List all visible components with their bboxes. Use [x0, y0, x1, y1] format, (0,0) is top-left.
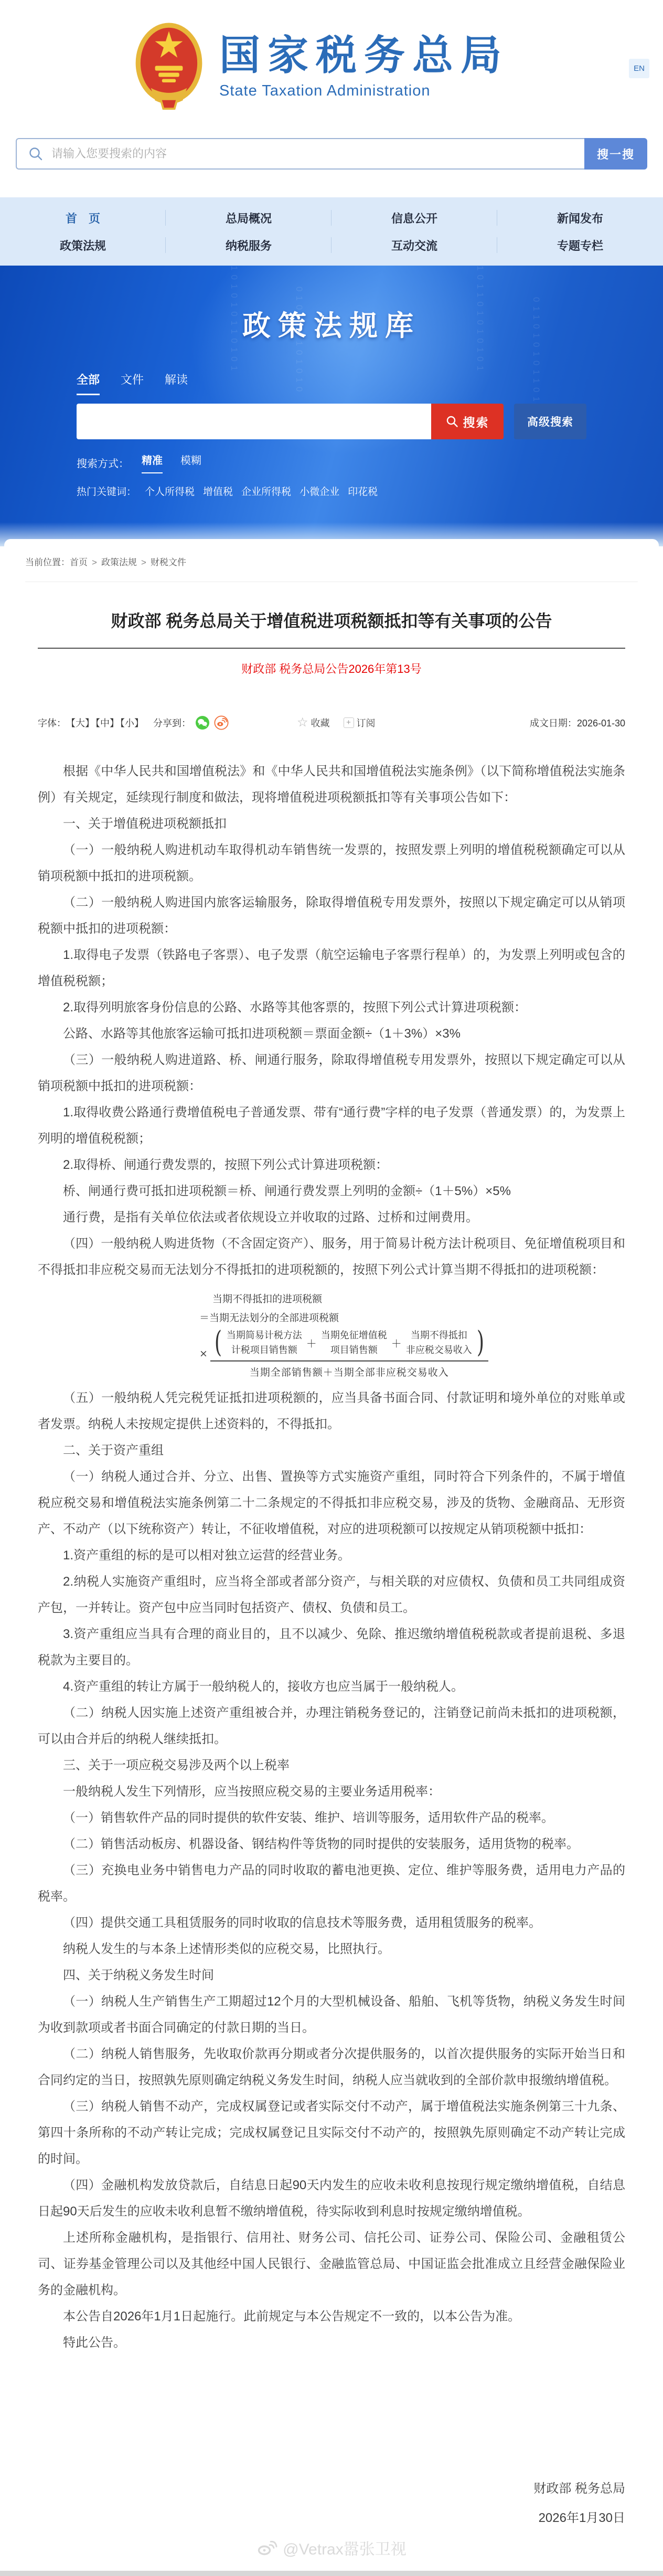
page-footer-strip [0, 2571, 663, 2576]
title-divider [38, 648, 625, 649]
left-paren: ( [215, 1329, 222, 1356]
article-paragraph: （四）提供交通工具租赁服务的同时收取的信息技术等服务费，适用租赁服务的税率。 [38, 1910, 625, 1936]
article-paragraph: 纳税人发生的与本条上述情形类似的应税交易，比照执行。 [38, 1936, 625, 1962]
numerator-term: 当期不得抵扣非应税交易收入 [403, 1328, 475, 1358]
article-paragraph: （三）一般纳税人购进道路、桥、闸通行服务，除取得增值税专用发票外，按照以下规定确… [38, 1047, 625, 1100]
formula-line: ×(当期简易计税方法计税项目销售额＋当期免征增值税项目销售额＋当期不得抵扣非应税… [199, 1328, 625, 1379]
article-paragraph: 1.资产重组的标的是可以相对独立运营的经营业务。 [38, 1543, 625, 1569]
article-paragraph: 1.取得电子发票（铁路电子客票）、电子发票（航空运输电子客票行程单）的，为发票上… [38, 942, 625, 995]
font-size-button[interactable]: 【大】 [66, 718, 94, 729]
article-card: 当前位置：首页>政策法规>财税文件 财政部 税务总局关于增值税进项税额抵扣等有关… [4, 539, 659, 2563]
term-line: 项目销售额 [321, 1343, 387, 1358]
site-header: 国家税务总局 State Taxation Administration EN [0, 0, 663, 134]
term-line: 当期不得抵扣 [406, 1328, 472, 1343]
banner-search-label: 搜索 [463, 413, 489, 430]
numerator-term: 当期免征增值税项目销售额 [318, 1328, 390, 1358]
hot-keyword[interactable]: 增值税 [203, 484, 233, 498]
article-paragraph: 2.取得桥、闸通行费发票的，按照下列公式计算进项税额： [38, 1152, 625, 1178]
nav-item-政策法规[interactable]: 政策法规 [0, 231, 166, 259]
subscribe-label: 订阅 [357, 716, 376, 730]
search-mode-精准[interactable]: 精准 [142, 452, 163, 473]
font-size-button[interactable]: 【小】 [120, 718, 144, 729]
banner-search-bar: 搜索 高级搜索 [77, 404, 586, 439]
publish-date-label: 成文日期： [530, 718, 577, 729]
star-icon: ☆ [297, 716, 308, 729]
article-paragraph: 特此公告。 [38, 2330, 625, 2356]
article-paragraph: （二）纳税人销售服务，先收取价款再分期或者分次提供服务的，以首次提供服务的实际开… [38, 2041, 625, 2094]
article-toolbar: 字体： 【大】【中】【小】 分享到： [38, 715, 625, 730]
main-nav: 首 页总局概况信息公开新闻发布政策法规纳税服务互动交流专题专栏 [0, 197, 663, 266]
font-size-button[interactable]: 【中】 [95, 718, 119, 729]
subscribe-button[interactable]: + 订阅 [344, 716, 376, 730]
breadcrumb: 当前位置：首页>政策法规>财税文件 [4, 539, 659, 568]
article-paragraph: （五）一般纳税人凭完税凭证抵扣进项税额的，应当具备书面合同、付款证明和境外单位的… [38, 1385, 625, 1438]
article-paragraph: （三）纳税人销售不动产，完成权属登记或者实际交付不动产，属于增值税法实施条例第三… [38, 2094, 625, 2172]
article-paragraph: （一）一般纳税人购进机动车取得机动车销售统一发票的，按照发票上列明的增值税税额确… [38, 837, 625, 890]
article-paragraph: 桥、闸通行费可抵扣进项税额＝桥、闸通行费发票上列明的金额÷（1＋5%）×5% [38, 1178, 625, 1205]
term-line: 非应税交易收入 [406, 1343, 472, 1358]
article-paragraph: 本公告自2026年1月1日起施行。此前规定与本公告规定不一致的，以本公告为准。 [38, 2304, 625, 2330]
formula-line: 当期不得抵扣的进项税额 [199, 1290, 625, 1308]
article-paragraph: （一）纳税人生产销售生产工期超过12个月的大型机械设备、船舶、飞机等货物，纳税义… [38, 1989, 625, 2041]
weibo-share-icon[interactable] [214, 715, 229, 730]
article-paragraph: （一）纳税人通过合并、分立、出售、置换等方式实施资产重组，同时符合下列条件的，不… [38, 1464, 625, 1543]
article-paragraph: 3.资产重组应当具有合理的商业目的，且不以减少、免除、推迟缴纳增值税税款或者提前… [38, 1621, 625, 1674]
formula-line: ＝当期无法划分的全部进项税额 [199, 1308, 625, 1327]
article-paragraph: （四）金融机构发放贷款后，自结息日起90天内发生的应收未收利息按现行规定缴纳增值… [38, 2172, 625, 2225]
org-name-cn: 国家税务总局 [219, 34, 509, 77]
nav-item-专题专栏[interactable]: 专题专栏 [497, 231, 663, 259]
article-paragraph: 一般纳税人发生下列情形，应当按照应税交易的主要业务适用税率： [38, 1779, 625, 1805]
search-mode-row: 搜索方式： 精准模糊 [77, 452, 586, 473]
breadcrumb-divider [25, 582, 638, 582]
search-icon [446, 415, 458, 428]
plus-sign: ＋ [305, 1335, 318, 1350]
hot-keyword[interactable]: 企业所得税 [241, 484, 291, 498]
article-body: 根据《中华人民共和国增值税法》和《中华人民共和国增值税法实施条例》（以下简称增值… [38, 758, 625, 2356]
banner-tab-全部[interactable]: 全部 [77, 371, 100, 395]
banner-tabs: 全部文件解读 [77, 371, 586, 395]
nav-item-信息公开[interactable]: 信息公开 [331, 204, 497, 231]
article-paragraph: 2.纳税人实施资产重组时，应当将全部或者部分资产，与相关联的对应债权、负债和员工… [38, 1569, 625, 1621]
national-emblem-icon [134, 21, 204, 113]
search-mode-label: 搜索方式： [77, 455, 129, 470]
search-icon [28, 146, 43, 161]
top-search-input[interactable] [51, 147, 584, 161]
top-search-box [16, 138, 584, 170]
breadcrumb-label: 当前位置： [25, 557, 70, 567]
article-paragraph: 三、关于一项应税交易涉及两个以上税率 [38, 1752, 625, 1779]
article-paragraph: 四、关于纳税义务发生时间 [38, 1962, 625, 1989]
term-line: 当期免征增值税 [321, 1328, 387, 1343]
nav-item-纳税服务[interactable]: 纳税服务 [166, 231, 331, 259]
watermark-text: @Vetrax嚣张卫视 [283, 2536, 407, 2559]
hot-keywords-row: 热门关键词： 个人所得税增值税企业所得税小微企业印花税 [77, 484, 586, 498]
breadcrumb-link[interactable]: 财税文件 [151, 557, 186, 567]
banner-tab-解读[interactable]: 解读 [165, 371, 188, 395]
breadcrumb-link[interactable]: 首页 [70, 557, 88, 567]
breadcrumb-separator: > [92, 557, 97, 567]
collect-button[interactable]: ☆ 收藏 [297, 716, 330, 730]
article-paragraph: （二）纳税人因实施上述资产重组被合并，办理注销税务登记的，注销登记前尚未抵扣的进… [38, 1700, 625, 1752]
org-name-en: State Taxation Administration [219, 82, 509, 100]
article-paragraph: （三）充换电业务中销售电力产品的同时收取的蓄电池更换、定位、维护等服务费，适用电… [38, 1857, 625, 1910]
signature-org: 财政部 税务总局 [38, 2474, 625, 2504]
hot-keywords-label: 热门关键词： [77, 484, 136, 498]
article-paragraph: 2.取得列明旅客身份信息的公路、水路等其他客票的，按照下列公式计算进项税额： [38, 995, 625, 1021]
article-paragraph: 通行费，是指有关单位依法或者依规设立并收取的过路、过桥和过闸费用。 [38, 1205, 625, 1231]
article-title: 财政部 税务总局关于增值税进项税额抵扣等有关事项的公告 [38, 609, 625, 633]
banner-search-input[interactable] [77, 404, 431, 439]
article-paragraph: 根据《中华人民共和国增值税法》和《中华人民共和国增值税法实施条例》（以下简称增值… [38, 758, 625, 811]
search-mode-模糊[interactable]: 模糊 [180, 452, 201, 473]
nav-item-互动交流[interactable]: 互动交流 [331, 231, 497, 259]
formula-denominator: 当期全部销售额＋当期全部非应税交易收入 [210, 1360, 488, 1379]
language-en-button[interactable]: EN [629, 59, 649, 78]
breadcrumb-link[interactable]: 政策法规 [101, 557, 137, 567]
watermark: @Vetrax嚣张卫视 [38, 2536, 625, 2559]
publish-date-value: 2026-01-30 [577, 718, 625, 729]
term-line: 当期简易计税方法 [227, 1328, 302, 1343]
nav-item-总局概况[interactable]: 总局概况 [166, 204, 331, 231]
collect-label: 收藏 [311, 716, 330, 730]
font-size-label: 字体： [38, 716, 66, 730]
advanced-search-button[interactable]: 高级搜索 [514, 404, 586, 439]
formula-text: 当期无法划分的全部进项税额 [209, 1312, 339, 1324]
nav-item-新闻发布[interactable]: 新闻发布 [497, 204, 663, 231]
document-number: 财政部 税务总局公告2026年第13号 [38, 660, 625, 677]
signature-date: 2026年1月30日 [38, 2504, 625, 2533]
right-paren: ) [477, 1329, 484, 1356]
formula-operator: ＝ [199, 1312, 209, 1324]
top-search-bar: 搜一搜 [16, 138, 647, 170]
wechat-share-icon[interactable] [195, 715, 210, 730]
article-paragraph: 1.取得收费公路通行费增值税电子普通发票、带有“通行费”字样的电子发票（普通发票… [38, 1100, 625, 1152]
hot-keyword[interactable]: 小微企业 [300, 484, 339, 498]
hot-keyword[interactable]: 个人所得税 [145, 484, 195, 498]
nav-item-首页[interactable]: 首 页 [0, 204, 166, 231]
banner-tab-文件[interactable]: 文件 [121, 371, 144, 395]
article-paragraph: 一、关于增值税进项税额抵扣 [38, 811, 625, 837]
top-search-button[interactable]: 搜一搜 [584, 138, 647, 170]
subscribe-plus-icon: + [344, 717, 354, 728]
article-paragraph: 二、关于资产重组 [38, 1438, 625, 1464]
article-signature: 财政部 税务总局 2026年1月30日 [38, 2474, 625, 2533]
article-paragraph: （二）销售活动板房、机器设备、钢结构件等货物的同时提供的安装服务，适用货物的税率… [38, 1831, 625, 1857]
formula-operator: × [199, 1348, 208, 1359]
formula-block: 当期不得抵扣的进项税额＝当期无法划分的全部进项税额×(当期简易计税方法计税项目销… [199, 1290, 625, 1379]
plus-sign: ＋ [390, 1335, 403, 1350]
numerator-term: 当期简易计税方法计税项目销售额 [224, 1328, 305, 1358]
formula-fraction: (当期简易计税方法计税项目销售额＋当期免征增值税项目销售额＋当期不得抵扣非应税交… [210, 1328, 488, 1379]
policy-banner: 101010110101 010110101010 101101010101 0… [0, 266, 663, 546]
org-title-block: 国家税务总局 State Taxation Administration [219, 34, 509, 100]
share-label: 分享到： [153, 716, 191, 730]
article-paragraph: （四）一般纳税人购进货物（不含固定资产）、服务，用于简易计税方法计税项目、免征增… [38, 1231, 625, 1283]
article-paragraph: 上述所称金融机构，是指银行、信用社、财务公司、信托公司、证券公司、保险公司、金融… [38, 2225, 625, 2304]
banner-title: 政策法规库 [0, 303, 663, 344]
article-paragraph: 公路、水路等其他旅客运输可抵扣进项税额＝票面金额÷（1＋3%）×3% [38, 1021, 625, 1047]
publish-date: 成文日期：2026-01-30 [530, 716, 625, 730]
term-line: 计税项目销售额 [227, 1343, 302, 1358]
weibo-watermark-icon [256, 2539, 277, 2556]
article-paragraph: （一）销售软件产品的同时提供的软件安装、维护、培训等服务，适用软件产品的税率。 [38, 1805, 625, 1831]
breadcrumb-separator: > [141, 557, 146, 567]
article-paragraph: 4.资产重组的转让方属于一般纳税人的，接收方也应当属于一般纳税人。 [38, 1674, 625, 1700]
hot-keyword[interactable]: 印花税 [348, 484, 378, 498]
toolbar-actions: ☆ 收藏 + 订阅 [297, 716, 376, 730]
article-paragraph: （二）一般纳税人购进国内旅客运输服务，除取得增值税专用发票外，按照以下规定确定可… [38, 890, 625, 942]
formula-numerator: (当期简易计税方法计税项目销售额＋当期免征增值税项目销售额＋当期不得抵扣非应税交… [210, 1328, 488, 1360]
banner-search-button[interactable]: 搜索 [431, 404, 504, 439]
